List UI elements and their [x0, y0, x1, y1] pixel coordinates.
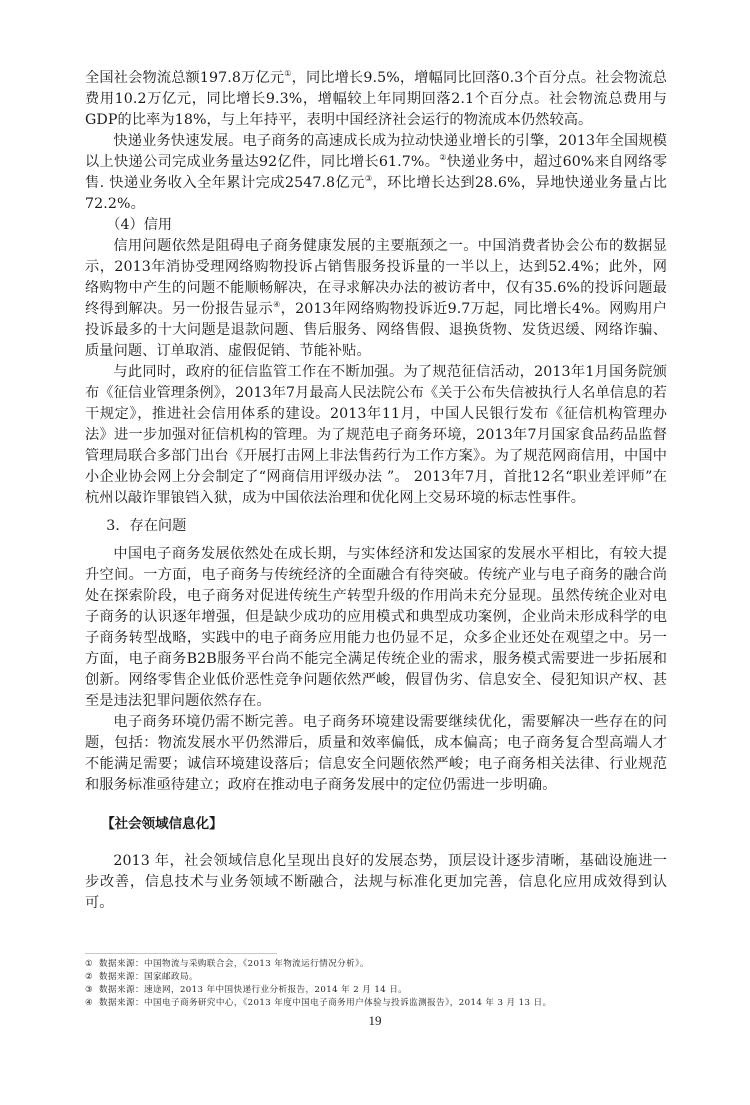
paragraph-social: 2013 年，社会领域信息化呈现出良好的发展态势，顶层设计逐步清晰，基础设施进一… [85, 851, 667, 914]
subheading-credit: （4）信用 [85, 215, 667, 236]
footnote-3: ③数据来源：速途网，2013 年中国快递行业分析报告，2014 年 2 月 14… [85, 984, 685, 997]
footnote-text: 数据来源：国家邮政局。 [99, 972, 198, 982]
footnote-ref-2[interactable]: ② [439, 153, 446, 162]
paragraph-problems-2: 电子商务环境仍需不断完善。电子商务环境建设需要继续优化，需要解决一些存在的问题，… [85, 712, 667, 796]
paragraph-credit: 信用问题依然是阻碍电子商务健康发展的主要瓶颈之一。中国消费者协会公布的数据显示，… [85, 236, 667, 362]
paragraph-problems-1: 中国电子商务发展依然处在成长期，与实体经济和发达国家的发展水平相比，有较大提升空… [85, 544, 667, 712]
footnote-2: ②数据来源：国家邮政局。 [85, 971, 685, 984]
page-number: 19 [0, 1013, 750, 1029]
footnote-mark: ② [85, 971, 99, 984]
footnote-4: ④数据来源：中国电子商务研究中心，《2013 年度中国电子商务用户体验与投诉监测… [85, 997, 685, 1010]
footnote-text: 数据来源：速途网，2013 年中国快递行业分析报告，2014 年 2 月 14 … [99, 985, 407, 995]
spacer [85, 537, 667, 544]
footnote-text: 数据来源：中国电子商务研究中心，《2013 年度中国电子商务用户体验与投诉监测报… [99, 998, 551, 1008]
document-body: 全国社会物流总额197.8万亿元①，同比增长9.5%，增幅同比回落0.3个百分点… [85, 68, 667, 914]
footnote-1: ①数据来源：中国物流与采购联合会，《2013 年物流运行情况分析》。 [85, 958, 685, 971]
spacer [85, 509, 667, 516]
footnote-ref-4[interactable]: ④ [273, 300, 280, 309]
section-title-social-informatization: 【社会领域信息化】 [85, 814, 667, 835]
paragraph-logistics: 全国社会物流总额197.8万亿元①，同比增长9.5%，增幅同比回落0.3个百分点… [85, 68, 667, 131]
footnote-ref-1[interactable]: ① [284, 69, 291, 78]
subheading-problems: 3．存在问题 [85, 516, 667, 537]
footnote-mark: ④ [85, 997, 99, 1010]
footnote-text: 数据来源：中国物流与采购联合会，《2013 年物流运行情况分析》。 [99, 959, 369, 969]
footnotes: ①数据来源：中国物流与采购联合会，《2013 年物流运行情况分析》。 ②数据来源… [85, 958, 685, 1010]
paragraph-express: 快递业务快速发展。电子商务的高速成长成为拉动快递业增长的引擎，2013年全国规模… [85, 131, 667, 215]
paragraph-regulation: 与此同时，政府的征信监管工作在不断加强。为了规范征信活动，2013年1月国务院颁… [85, 362, 667, 509]
footnote-mark: ③ [85, 984, 99, 997]
footnote-divider [85, 953, 277, 954]
paragraph-text: 全国社会物流总额197.8万亿元 [85, 70, 284, 86]
footnote-mark: ① [85, 958, 99, 971]
